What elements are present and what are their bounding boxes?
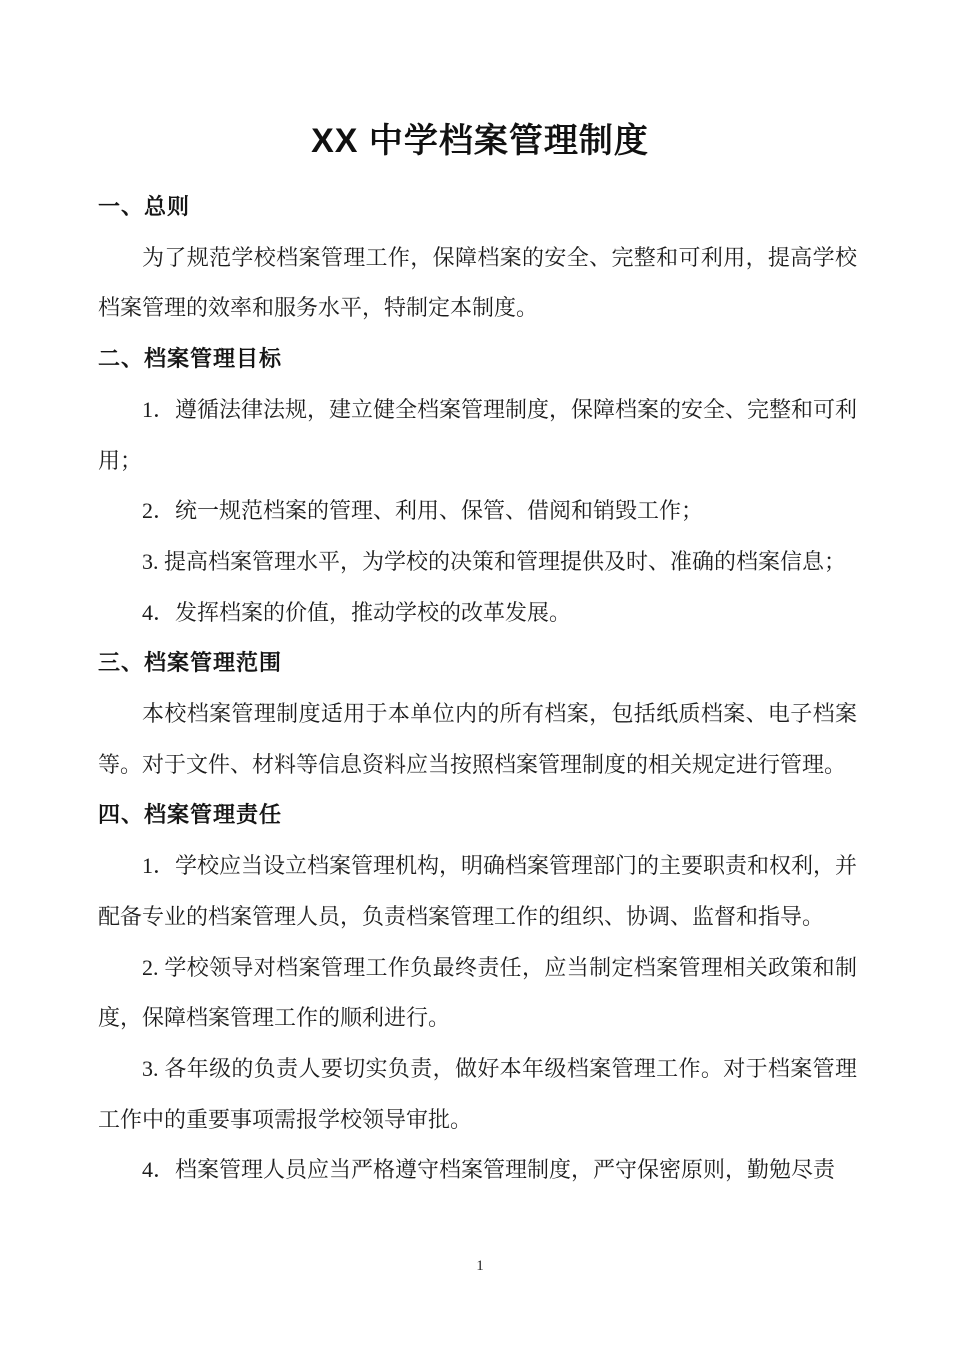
list-item: 1．遵循法律法规，建立健全档案管理制度，保障档案的安全、完整和可利用； [98, 385, 857, 486]
document-title: XX 中学档案管理制度 [0, 118, 960, 164]
section-heading-general: 一、总则 [98, 182, 857, 233]
list-item: 2. 学校领导对档案管理工作负最终责任，应当制定档案管理相关政策和制度，保障档案… [98, 943, 857, 1044]
list-item: 2．统一规范档案的管理、利用、保管、借阅和销毁工作； [98, 486, 857, 537]
paragraph: 为了规范学校档案管理工作，保障档案的安全、完整和可利用，提高学校档案管理的效率和… [98, 233, 857, 334]
list-item: 4．档案管理人员应当严格遵守档案管理制度，严守保密原则，勤勉尽责 [98, 1145, 857, 1196]
document-body: 一、总则 为了规范学校档案管理工作，保障档案的安全、完整和可利用，提高学校档案管… [0, 182, 960, 1196]
list-item: 3. 提高档案管理水平，为学校的决策和管理提供及时、准确的档案信息； [98, 537, 857, 588]
paragraph: 本校档案管理制度适用于本单位内的所有档案，包括纸质档案、电子档案等。对于文件、材… [98, 689, 857, 790]
list-item: 1．学校应当设立档案管理机构，明确档案管理部门的主要职责和权利，并配备专业的档案… [98, 841, 857, 942]
list-item: 3. 各年级的负责人要切实负责，做好本年级档案管理工作。对于档案管理工作中的重要… [98, 1044, 857, 1145]
list-item: 4．发挥档案的价值，推动学校的改革发展。 [98, 588, 857, 639]
section-heading-scope: 三、档案管理范围 [98, 638, 857, 689]
document-page: XX 中学档案管理制度 一、总则 为了规范学校档案管理工作，保障档案的安全、完整… [0, 0, 960, 1358]
section-heading-responsibility: 四、档案管理责任 [98, 790, 857, 841]
section-heading-goals: 二、档案管理目标 [98, 334, 857, 385]
page-number: 1 [0, 1254, 960, 1278]
